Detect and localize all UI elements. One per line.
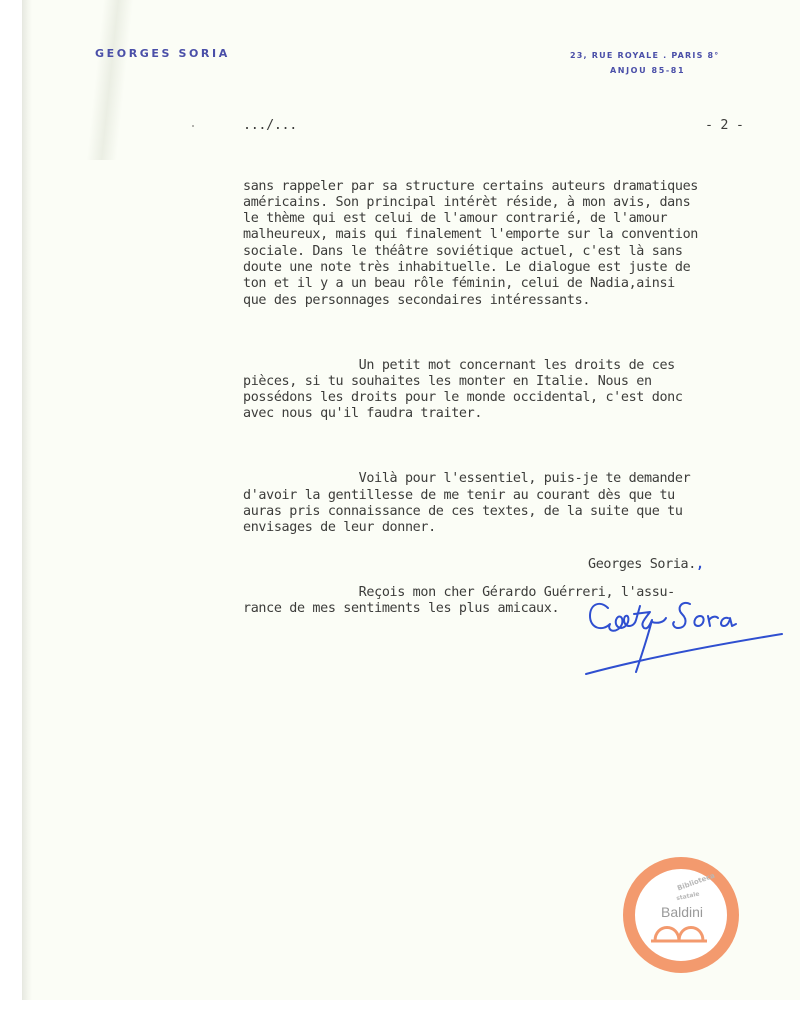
typed-name-text: Georges Soria.	[588, 557, 696, 572]
continuation-mark: .../...	[243, 118, 297, 134]
page-number: - 2 -	[705, 118, 744, 134]
paragraph: Voilà pour l'essentiel, puis-je te deman…	[243, 471, 698, 536]
paper-speck	[192, 125, 194, 127]
paper-edge-shadow	[22, 0, 32, 1000]
handwritten-comma: ,	[696, 557, 704, 572]
paragraph: Un petit mot concernant les droits de ce…	[243, 358, 698, 423]
typed-signature-name: Georges Soria.,	[588, 557, 704, 573]
letterhead-phone: ANJOU 85-81	[610, 66, 685, 75]
handwritten-signature	[578, 580, 788, 680]
library-stamp: Biblioteca statale Baldini	[621, 855, 741, 975]
letterhead-sender-name: GEORGES SORIA	[95, 47, 230, 60]
paragraph: sans rappeler par sa structure certains …	[243, 179, 698, 309]
letterhead-address: 23, RUE ROYALE . PARIS 8°	[570, 51, 720, 60]
stamp-name: Baldini	[661, 904, 703, 920]
